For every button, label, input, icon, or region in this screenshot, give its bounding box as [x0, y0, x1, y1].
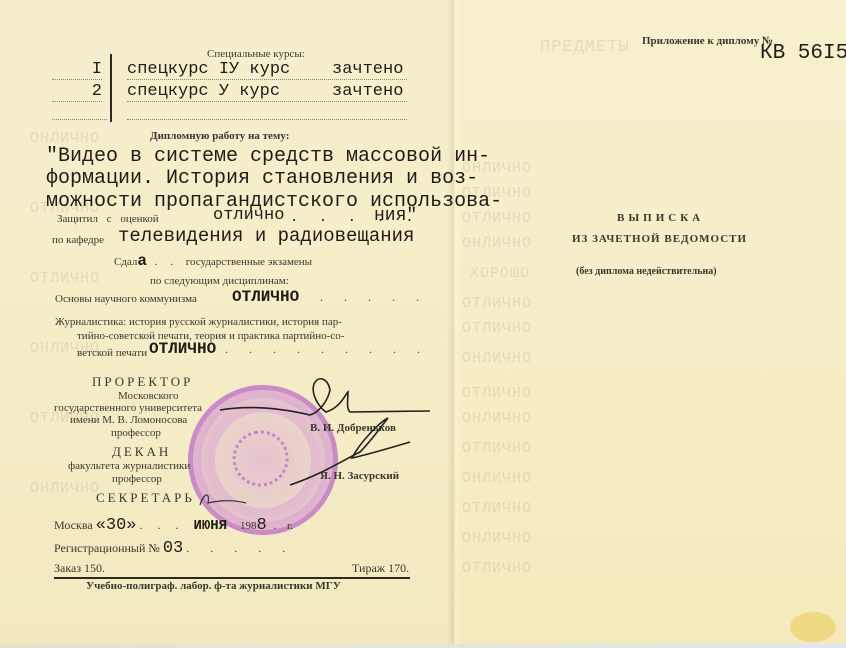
course-row-empty [127, 118, 407, 120]
appendix-label: Приложение к диплому № [642, 35, 773, 47]
thesis-heading: Дипломную работу на тему: [150, 130, 289, 142]
date-day: «30» [96, 516, 137, 535]
order-number: Заказ 150. [54, 561, 105, 576]
registration-line: Регистрационный № 03 . . . . . [54, 539, 294, 558]
registration-number: 03 [163, 539, 183, 558]
validity-note: (без диплома недействительна) [576, 266, 717, 277]
dot-leader: . . . . . . . . . [225, 342, 429, 357]
exams-passed-label: Сдала . . государственные экзамены [114, 252, 312, 270]
department-name: телевидения и радиовещания [118, 225, 414, 247]
footer-rule [54, 577, 410, 579]
exam-item-grade: ОТЛИЧНО [149, 340, 216, 358]
diploma-number: КВ 56I5 [760, 42, 846, 65]
date-line: Москва «30» . . . ИЮНЯ [54, 516, 227, 535]
date-month: ИЮНЯ [193, 518, 227, 534]
document-title: ВЫПИСКА [617, 212, 704, 224]
exam-item-grade: ОТЛИЧНО [232, 288, 299, 306]
prorector-title: ПРОРЕКТОР [92, 374, 193, 390]
department-label: по кафедре [52, 234, 104, 246]
paper-wear-spot [790, 612, 836, 642]
paper-edge [0, 644, 846, 648]
course-row-number: 2 [52, 82, 102, 102]
dean-title: ДЕКАН [112, 444, 171, 460]
page-fold [447, 0, 461, 648]
print-run: Тираж 170. [352, 561, 409, 576]
dot-leader: . . . . . [320, 290, 428, 305]
document-subtitle: ИЗ ЗАЧЕТНОЙ ВЕДОМОСТИ [572, 233, 747, 245]
courses-column-divider [110, 54, 112, 122]
thesis-title-tail: ния" [374, 206, 417, 226]
date-year: 1988 . г. [240, 516, 293, 535]
signature-icon [210, 370, 440, 500]
course-row-result: зачтено [332, 82, 403, 101]
exam-item-label: Основы научного коммунизма [55, 293, 197, 305]
exams-subtitle: по следующим дисциплинам: [150, 275, 289, 287]
course-row-number: I [52, 60, 102, 80]
secretary-signature-icon [196, 485, 256, 515]
course-row-result: зачтено [332, 60, 403, 79]
special-courses-heading: Специальные курсы: [207, 48, 305, 60]
thesis-grade: отлично [213, 206, 284, 225]
printer-imprint: Учебно-полиграф. лабор. ф-та журналистик… [86, 580, 341, 592]
secretary-title: СЕКРЕТАРЬ [96, 490, 195, 506]
course-row-empty [52, 118, 107, 120]
defended-label: Защитил с оценкой [57, 213, 159, 225]
